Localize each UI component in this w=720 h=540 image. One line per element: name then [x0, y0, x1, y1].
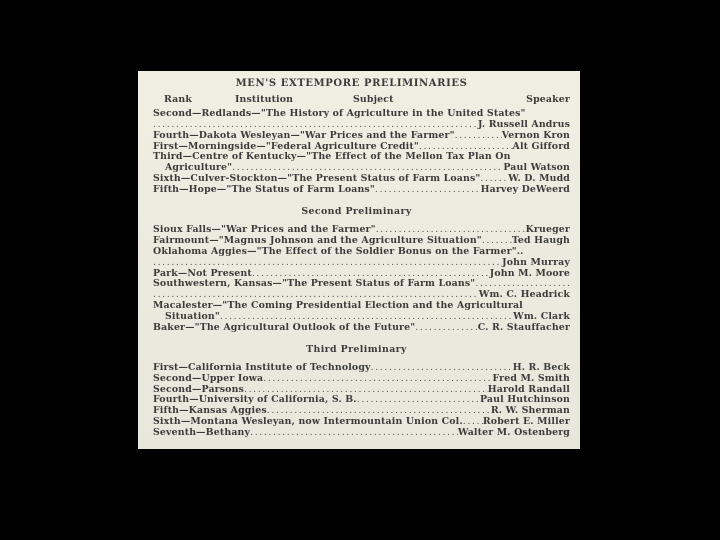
entry-line: Oklahoma Aggies—"The Effect of the Soldi…	[153, 247, 570, 258]
entry-line: First—California Institute of Technology…	[153, 363, 570, 374]
leader-dots: ........................................…	[376, 225, 526, 236]
leader-dots: ........................................…	[482, 236, 512, 247]
leader-dots: ........................................…	[415, 323, 477, 334]
section-heading-second: Second Preliminary	[153, 207, 570, 218]
entry-line: First—Morningside—"Federal Agriculture C…	[153, 142, 570, 153]
entry-speaker: Fred M. Smith	[493, 374, 570, 385]
entry-line: Second—Redlands—"The History of Agricult…	[153, 109, 570, 120]
entry-speaker: Robert E. Miller	[483, 417, 570, 428]
entry-speaker: R. W. Sherman	[491, 406, 570, 417]
entry-speaker: Alt Gifford	[513, 142, 570, 153]
entry-speaker: J. Russell Andrus	[478, 120, 570, 131]
entry-speaker: Krueger	[526, 225, 570, 236]
entry-speaker: John M. Moore	[490, 269, 570, 280]
entry-line: Fourth—University of California, S. B. .…	[153, 395, 570, 406]
entry-line: Macalester—"The Coming Presidential Elec…	[153, 301, 570, 312]
entry-speaker: Harold Randall	[488, 385, 570, 396]
entry-speaker: Ted Haugh	[512, 236, 570, 247]
entry-speaker: Vernon Kron	[502, 131, 570, 142]
leader-dots: ........................................…	[267, 406, 491, 417]
entry-text: Sixth—Culver-Stockton—"The Present Statu…	[153, 174, 480, 185]
leader-dots: ........................................…	[419, 142, 513, 153]
entry-text: Fourth—University of California, S. B.	[153, 395, 357, 406]
entry-text: Fifth—Hope—"The Status of Farm Loans"	[153, 185, 375, 196]
entry-speaker: Wm. C. Headrick	[479, 290, 570, 301]
entry-text: Seventh—Bethany	[153, 428, 250, 439]
entry-line: Sixth—Culver-Stockton—"The Present Statu…	[153, 174, 570, 185]
header-speaker: Speaker	[526, 95, 570, 106]
leader-dots: ........................................…	[232, 163, 503, 174]
entry-line: Situation" .............................…	[153, 312, 570, 323]
leader-dots: ........................................…	[480, 174, 508, 185]
entry-text: Oklahoma Aggies—"The Effect of the Soldi…	[153, 247, 524, 258]
leader-dots: ........................................…	[153, 258, 502, 269]
first-preliminary-list: Second—Redlands—"The History of Agricult…	[153, 109, 570, 196]
entry-text: First—Morningside—"Federal Agriculture C…	[153, 142, 419, 153]
page-title: MEN'S EXTEMPORE PRELIMINARIES	[153, 79, 570, 90]
entry-line: Agriculture" ...........................…	[153, 163, 570, 174]
leader-dots: ........................................…	[475, 279, 570, 290]
leader-dots: ........................................…	[455, 131, 502, 142]
entry-speaker: Walter M. Ostenberg	[458, 428, 570, 439]
entry-text: Second—Redlands—"The History of Agricult…	[153, 109, 526, 120]
entry-line: Fifth—Hope—"The Status of Farm Loans" ..…	[153, 185, 570, 196]
header-institution: Institution	[235, 95, 293, 106]
entry-text: Macalester—"The Coming Presidential Elec…	[153, 301, 523, 312]
entry-text: Second—Parsons	[153, 385, 244, 396]
entry-speaker: Paul Hutchinson	[480, 395, 570, 406]
entry-line: Seventh—Bethany ........................…	[153, 428, 570, 439]
entry-text: Fairmount—"Magnus Johnson and the Agricu…	[153, 236, 482, 247]
leader-dots: ........................................…	[252, 269, 490, 280]
entry-line: Sioux Falls—"War Prices and the Farmer" …	[153, 225, 570, 236]
entry-line: Fairmount—"Magnus Johnson and the Agricu…	[153, 236, 570, 247]
entry-speaker: Paul Watson	[503, 163, 570, 174]
entry-text: Fifth—Kansas Aggies	[153, 406, 267, 417]
column-headers: Rank Institution Subject Speaker	[153, 95, 570, 107]
entry-text: Second—Upper Iowa	[153, 374, 263, 385]
entry-line: Second—Upper Iowa ......................…	[153, 374, 570, 385]
entry-text: First—California Institute of Technology	[153, 363, 371, 374]
leader-dots: ........................................…	[357, 395, 480, 406]
entry-line: ........................................…	[153, 120, 570, 131]
entry-line: Sixth—Montana Wesleyan, now Intermountai…	[153, 417, 570, 428]
entry-line: Third—Centre of Kentucky—"The Effect of …	[153, 152, 570, 163]
leader-dots: ........................................…	[375, 185, 481, 196]
entry-text: Fourth—Dakota Wesleyan—"War Prices and t…	[153, 131, 455, 142]
entry-text: Baker—"The Agricultural Outlook of the F…	[153, 323, 415, 334]
second-preliminary-list: Sioux Falls—"War Prices and the Farmer" …	[153, 225, 570, 334]
entry-line: Baker—"The Agricultural Outlook of the F…	[153, 323, 570, 334]
entry-speaker: C. R. Stauffacher	[478, 323, 570, 334]
entry-speaker: W. D. Mudd	[508, 174, 570, 185]
entry-text: Sixth—Montana Wesleyan, now Intermountai…	[153, 417, 463, 428]
entry-speaker: Harvey DeWeerd	[481, 185, 570, 196]
entry-line: ........................................…	[153, 290, 570, 301]
leader-dots: ........................................…	[220, 312, 513, 323]
document-page: MEN'S EXTEMPORE PRELIMINARIES Rank Insti…	[138, 71, 580, 449]
entry-speaker: Wm. Clark	[513, 312, 570, 323]
entry-line: ........................................…	[153, 258, 570, 269]
header-rank: Rank	[164, 95, 192, 106]
entry-line: Fourth—Dakota Wesleyan—"War Prices and t…	[153, 131, 570, 142]
entry-text: Park—Not Present	[153, 269, 252, 280]
entry-text: Southwestern, Kansas—"The Present Status…	[153, 279, 475, 290]
section-heading-third: Third Preliminary	[153, 345, 570, 356]
entry-speaker: John Murray	[502, 258, 570, 269]
entry-line: Second—Parsons .........................…	[153, 385, 570, 396]
entry-text-continued: Agriculture"	[165, 163, 232, 174]
leader-dots: ........................................…	[371, 363, 513, 374]
entry-text-continued: Situation"	[165, 312, 220, 323]
leader-dots: ........................................…	[153, 290, 479, 301]
entry-speaker: H. R. Beck	[513, 363, 570, 374]
leader-dots: ........................................…	[250, 428, 458, 439]
leader-dots: ........................................…	[263, 374, 492, 385]
entry-line: Southwestern, Kansas—"The Present Status…	[153, 279, 570, 290]
entry-line: Fifth—Kansas Aggies ....................…	[153, 406, 570, 417]
leader-dots: ........................................…	[244, 385, 488, 396]
third-preliminary-list: First—California Institute of Technology…	[153, 363, 570, 439]
entry-text: Sioux Falls—"War Prices and the Farmer"	[153, 225, 376, 236]
leader-dots: ........................................…	[153, 120, 478, 131]
leader-dots: ........................................…	[463, 417, 483, 428]
header-subject: Subject	[353, 95, 394, 106]
entry-line: Park—Not Present .......................…	[153, 269, 570, 280]
entry-text: Third—Centre of Kentucky—"The Effect of …	[153, 152, 511, 163]
